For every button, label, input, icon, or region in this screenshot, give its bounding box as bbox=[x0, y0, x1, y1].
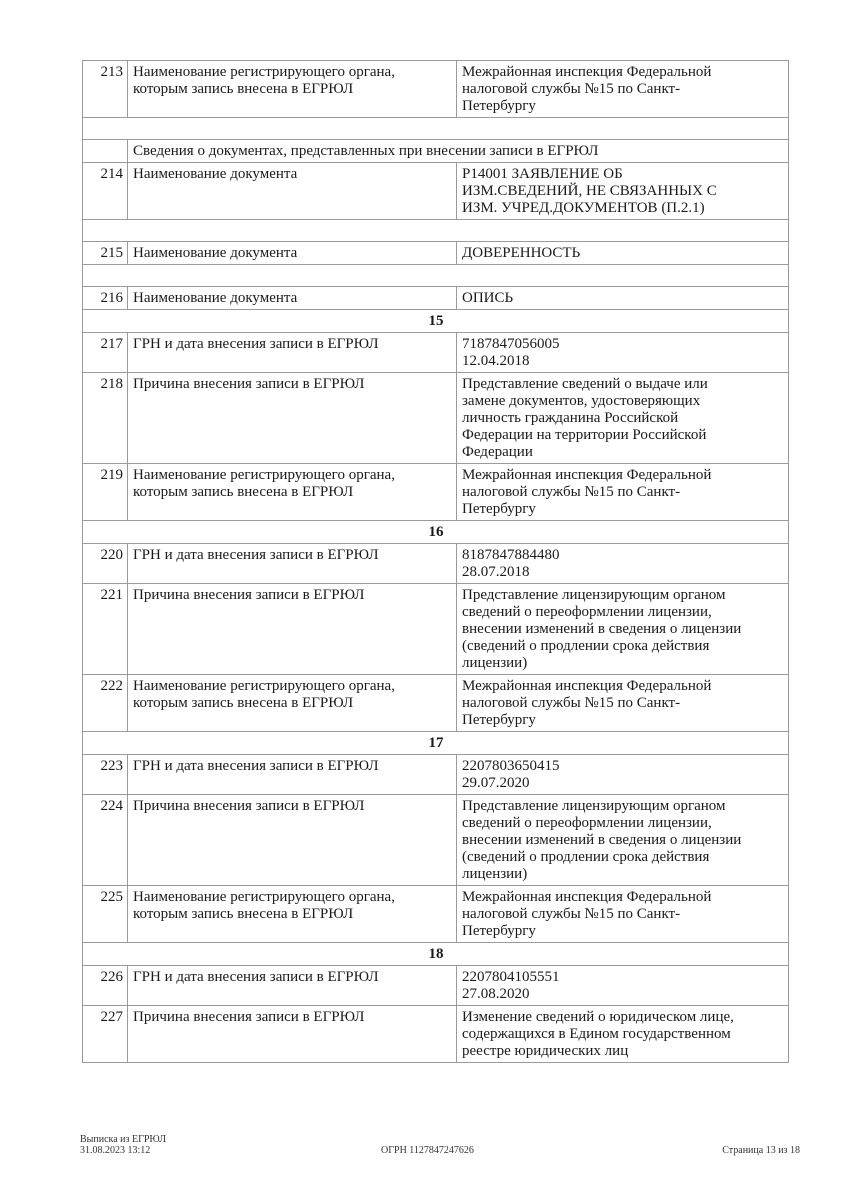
row-number: 223 bbox=[83, 755, 128, 795]
row-number: 221 bbox=[83, 584, 128, 675]
row-value-line: налоговой службы №15 по Санкт- bbox=[462, 906, 784, 923]
row-label: ГРН и дата внесения записи в ЕГРЮЛ bbox=[128, 755, 457, 795]
row-value-line: 28.07.2018 bbox=[462, 564, 784, 581]
row-value-line: 7187847056005 bbox=[462, 336, 784, 353]
footer-datetime: 31.08.2023 13:12 bbox=[80, 1145, 166, 1156]
row-value-line: Представление лицензирующим органом bbox=[462, 798, 784, 815]
row-value: Межрайонная инспекция Федеральнойналогов… bbox=[457, 464, 789, 521]
row-value: Представление сведений о выдаче илизамен… bbox=[457, 373, 789, 464]
table-row: 225 Наименование регистрирующего органа,… bbox=[83, 886, 789, 943]
row-value-line: внесении изменений в сведения о лицензии bbox=[462, 832, 784, 849]
row-number: 224 bbox=[83, 795, 128, 886]
row-value-line: налоговой службы №15 по Санкт- bbox=[462, 484, 784, 501]
row-label: Наименование регистрирующего органа, кот… bbox=[128, 886, 457, 943]
row-label: Причина внесения записи в ЕГРЮЛ bbox=[128, 795, 457, 886]
row-number: 220 bbox=[83, 544, 128, 584]
row-value: Представление лицензирующим органомсведе… bbox=[457, 795, 789, 886]
record-group-header: 18 bbox=[83, 943, 789, 966]
row-value-line: личность гражданина Российской bbox=[462, 410, 784, 427]
row-label: Наименование документа bbox=[128, 287, 457, 310]
row-value-line: Изменение сведений о юридическом лице, bbox=[462, 1009, 784, 1026]
row-value-line: Межрайонная инспекция Федеральной bbox=[462, 64, 784, 81]
row-label: Причина внесения записи в ЕГРЮЛ bbox=[128, 1006, 457, 1063]
row-value-line: реестре юридических лиц bbox=[462, 1043, 784, 1060]
record-group-number: 18 bbox=[83, 943, 789, 966]
row-value-line: 2207803650415 bbox=[462, 758, 784, 775]
row-value: Представление лицензирующим органомсведе… bbox=[457, 584, 789, 675]
row-label: ГРН и дата внесения записи в ЕГРЮЛ bbox=[128, 333, 457, 373]
row-label: Наименование документа bbox=[128, 163, 457, 220]
row-label: Наименование регистрирующего органа, кот… bbox=[128, 464, 457, 521]
row-number: 222 bbox=[83, 675, 128, 732]
row-number: 225 bbox=[83, 886, 128, 943]
table-row: 222 Наименование регистрирующего органа,… bbox=[83, 675, 789, 732]
footer-page-number: Страница 13 из 18 bbox=[722, 1145, 800, 1156]
row-value: 220780365041529.07.2020 bbox=[457, 755, 789, 795]
row-value-line: ОПИСЬ bbox=[462, 290, 784, 307]
row-value: Р14001 ЗАЯВЛЕНИЕ ОБИЗМ.СВЕДЕНИЙ, НЕ СВЯЗ… bbox=[457, 163, 789, 220]
row-value-line: содержащихся в Едином государственном bbox=[462, 1026, 784, 1043]
record-group-header: 15 bbox=[83, 310, 789, 333]
section-number-cell bbox=[83, 140, 128, 163]
row-value-line: 8187847884480 bbox=[462, 547, 784, 564]
empty-cell bbox=[83, 220, 789, 242]
row-number: 216 bbox=[83, 287, 128, 310]
table-row: 227 Причина внесения записи в ЕГРЮЛ Изме… bbox=[83, 1006, 789, 1063]
row-label: ГРН и дата внесения записи в ЕГРЮЛ bbox=[128, 966, 457, 1006]
table-row: 214 Наименование документа Р14001 ЗАЯВЛЕ… bbox=[83, 163, 789, 220]
table-row: 218 Причина внесения записи в ЕГРЮЛ Пред… bbox=[83, 373, 789, 464]
footer-left: Выписка из ЕГРЮЛ 31.08.2023 13:12 bbox=[80, 1134, 166, 1156]
row-number: 213 bbox=[83, 61, 128, 118]
egrul-table: 213 Наименование регистрирующего органа,… bbox=[82, 60, 789, 1063]
row-number: 227 bbox=[83, 1006, 128, 1063]
row-number: 214 bbox=[83, 163, 128, 220]
table-row: 220 ГРН и дата внесения записи в ЕГРЮЛ 8… bbox=[83, 544, 789, 584]
row-value: Межрайонная инспекция Федеральнойналогов… bbox=[457, 886, 789, 943]
table-row: 217 ГРН и дата внесения записи в ЕГРЮЛ 7… bbox=[83, 333, 789, 373]
row-value-line: налоговой службы №15 по Санкт- bbox=[462, 695, 784, 712]
row-label: Наименование регистрирующего органа, кот… bbox=[128, 61, 457, 118]
row-number: 217 bbox=[83, 333, 128, 373]
row-value-line: Межрайонная инспекция Федеральной bbox=[462, 467, 784, 484]
empty-cell bbox=[83, 118, 789, 140]
table-row: 215 Наименование документа ДОВЕРЕННОСТЬ bbox=[83, 242, 789, 265]
record-group-header: 17 bbox=[83, 732, 789, 755]
row-value-line: 29.07.2020 bbox=[462, 775, 784, 792]
table-row: 226 ГРН и дата внесения записи в ЕГРЮЛ 2… bbox=[83, 966, 789, 1006]
egrul-table-body: 213 Наименование регистрирующего органа,… bbox=[83, 61, 789, 1063]
row-value-line: 27.08.2020 bbox=[462, 986, 784, 1003]
row-value-line: Федерации bbox=[462, 444, 784, 461]
row-value-line: ИЗМ. УЧРЕД.ДОКУМЕНТОВ (П.2.1) bbox=[462, 200, 784, 217]
row-value-line: сведений о переоформлении лицензии, bbox=[462, 815, 784, 832]
section-header-row: Сведения о документах, представленных пр… bbox=[83, 140, 789, 163]
footer-doc-title: Выписка из ЕГРЮЛ bbox=[80, 1134, 166, 1145]
row-number: 218 bbox=[83, 373, 128, 464]
row-value: 718784705600512.04.2018 bbox=[457, 333, 789, 373]
table-row: 223 ГРН и дата внесения записи в ЕГРЮЛ 2… bbox=[83, 755, 789, 795]
table-row: 224 Причина внесения записи в ЕГРЮЛ Пред… bbox=[83, 795, 789, 886]
row-value-line: сведений о переоформлении лицензии, bbox=[462, 604, 784, 621]
row-value-line: Представление сведений о выдаче или bbox=[462, 376, 784, 393]
record-group-header: 16 bbox=[83, 521, 789, 544]
row-value-line: лицензии) bbox=[462, 655, 784, 672]
row-value-line: Представление лицензирующим органом bbox=[462, 587, 784, 604]
row-value: Межрайонная инспекция Федеральнойналогов… bbox=[457, 61, 789, 118]
row-value-line: Петербургу bbox=[462, 712, 784, 729]
row-value: 220780410555127.08.2020 bbox=[457, 966, 789, 1006]
row-value: Изменение сведений о юридическом лице,со… bbox=[457, 1006, 789, 1063]
row-value-line: Петербургу bbox=[462, 501, 784, 518]
row-value-line: Федерации на территории Российской bbox=[462, 427, 784, 444]
row-label: Причина внесения записи в ЕГРЮЛ bbox=[128, 373, 457, 464]
row-value-line: (сведений о продлении срока действия bbox=[462, 849, 784, 866]
row-label: Наименование регистрирующего органа, кот… bbox=[128, 675, 457, 732]
row-label: ГРН и дата внесения записи в ЕГРЮЛ bbox=[128, 544, 457, 584]
row-value-line: налоговой службы №15 по Санкт- bbox=[462, 81, 784, 98]
empty-cell bbox=[83, 265, 789, 287]
row-value-line: Межрайонная инспекция Федеральной bbox=[462, 889, 784, 906]
row-number: 215 bbox=[83, 242, 128, 265]
empty-row bbox=[83, 265, 789, 287]
row-value: ОПИСЬ bbox=[457, 287, 789, 310]
row-value-line: 2207804105551 bbox=[462, 969, 784, 986]
row-value-line: внесении изменений в сведения о лицензии bbox=[462, 621, 784, 638]
row-value-line: Петербургу bbox=[462, 98, 784, 115]
row-label: Причина внесения записи в ЕГРЮЛ bbox=[128, 584, 457, 675]
footer-ogrn: ОГРН 1127847247626 bbox=[381, 1145, 474, 1156]
empty-row bbox=[83, 118, 789, 140]
row-value: 818784788448028.07.2018 bbox=[457, 544, 789, 584]
row-value: ДОВЕРЕННОСТЬ bbox=[457, 242, 789, 265]
empty-row bbox=[83, 220, 789, 242]
record-group-number: 16 bbox=[83, 521, 789, 544]
record-group-number: 15 bbox=[83, 310, 789, 333]
row-value-line: 12.04.2018 bbox=[462, 353, 784, 370]
row-value-line: Межрайонная инспекция Федеральной bbox=[462, 678, 784, 695]
table-row: 216 Наименование документа ОПИСЬ bbox=[83, 287, 789, 310]
section-title: Сведения о документах, представленных пр… bbox=[128, 140, 789, 163]
table-row: 219 Наименование регистрирующего органа,… bbox=[83, 464, 789, 521]
table-row: 221 Причина внесения записи в ЕГРЮЛ Пред… bbox=[83, 584, 789, 675]
row-value-line: замене документов, удостоверяющих bbox=[462, 393, 784, 410]
row-value-line: ДОВЕРЕННОСТЬ bbox=[462, 245, 784, 262]
row-value: Межрайонная инспекция Федеральнойналогов… bbox=[457, 675, 789, 732]
row-value-line: Петербургу bbox=[462, 923, 784, 940]
row-value-line: Р14001 ЗАЯВЛЕНИЕ ОБ bbox=[462, 166, 784, 183]
row-number: 219 bbox=[83, 464, 128, 521]
row-value-line: лицензии) bbox=[462, 866, 784, 883]
row-value-line: (сведений о продлении срока действия bbox=[462, 638, 784, 655]
record-group-number: 17 bbox=[83, 732, 789, 755]
row-label: Наименование документа bbox=[128, 242, 457, 265]
row-value-line: ИЗМ.СВЕДЕНИЙ, НЕ СВЯЗАННЫХ С bbox=[462, 183, 784, 200]
row-number: 226 bbox=[83, 966, 128, 1006]
table-row: 213 Наименование регистрирующего органа,… bbox=[83, 61, 789, 118]
